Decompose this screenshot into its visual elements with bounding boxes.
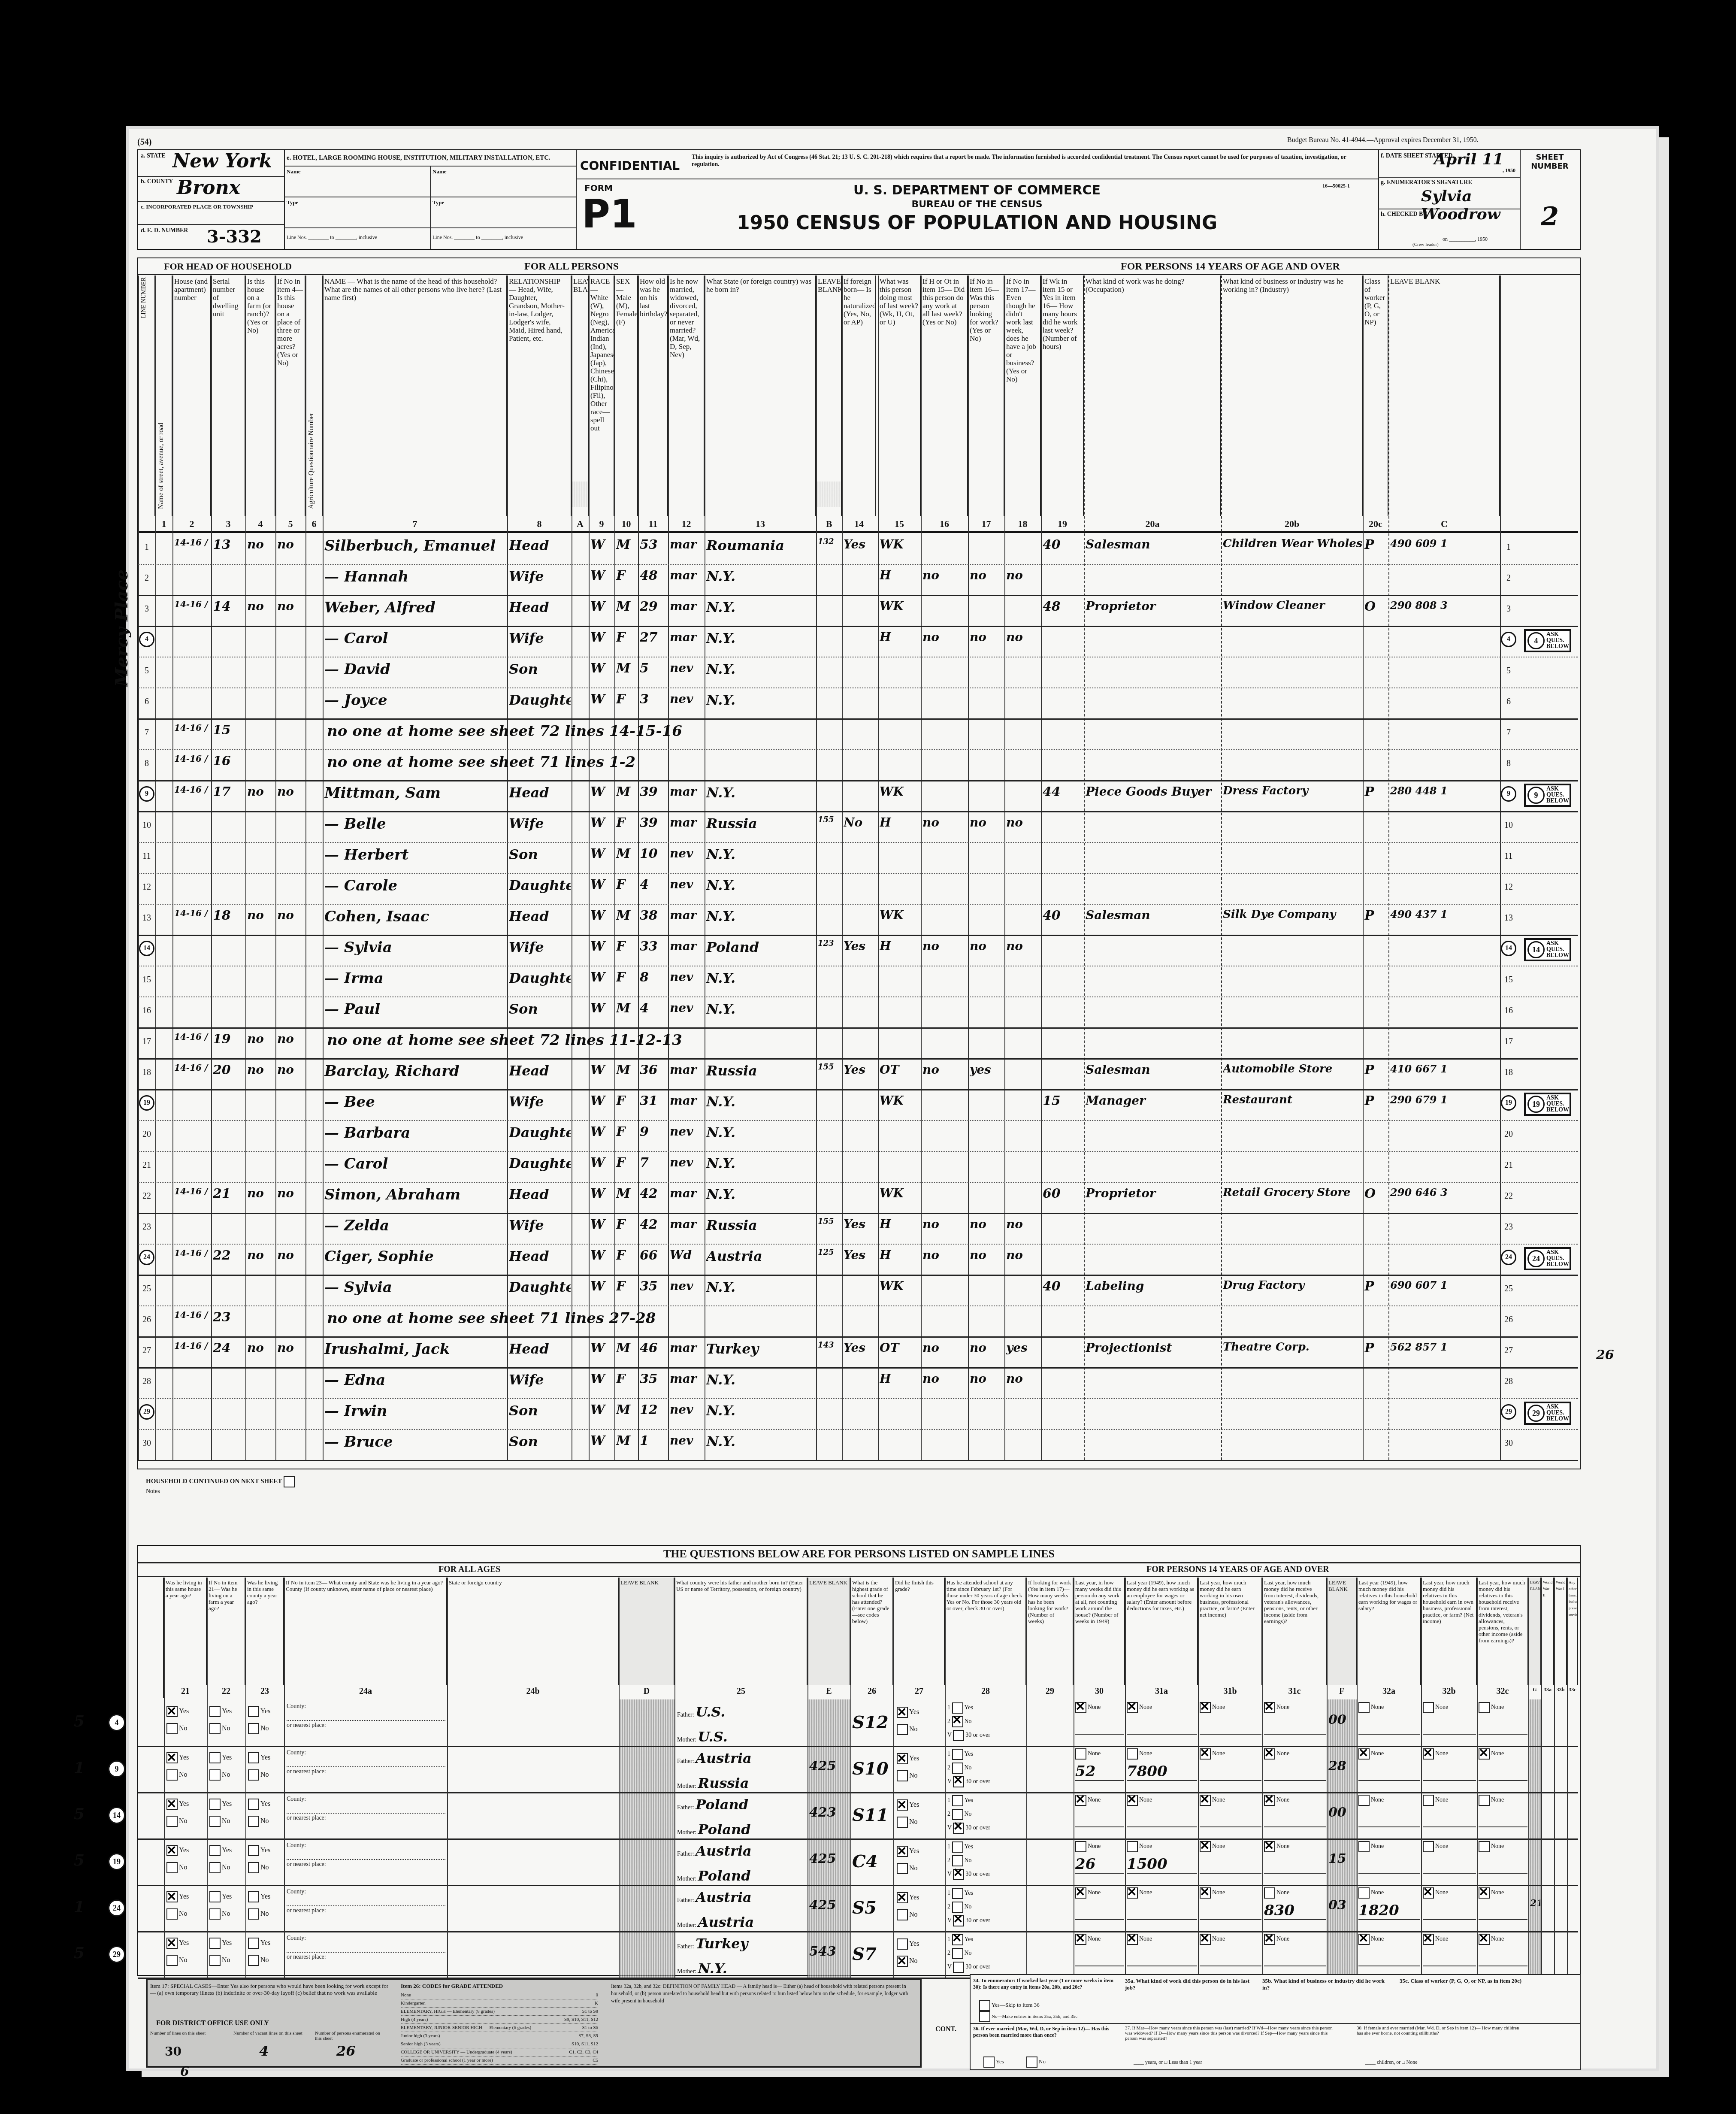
attended-school[interactable]: 1 Yes2 NoV 30 or over — [947, 1933, 990, 1974]
no-checkbox[interactable] — [166, 1816, 178, 1827]
no-checkbox[interactable] — [248, 1769, 259, 1781]
none-checkbox[interactable] — [1200, 1887, 1211, 1899]
amount-field-32c[interactable]: None — [1479, 1795, 1527, 1827]
checked-by-date: on __________, 1950 — [1443, 236, 1488, 242]
table-row[interactable]: 2828— EdnaWifeWF35marN.Y.Hnonono — [138, 1367, 1578, 1399]
school-yes-checkbox[interactable] — [952, 1888, 963, 1899]
none-checkbox[interactable] — [1127, 1748, 1138, 1760]
yes-no-checkbox-21[interactable]: YesNo — [166, 1703, 206, 1737]
amount-value — [1423, 1948, 1476, 1966]
parents-birthplace[interactable]: Father: TurkeyMother: N.Y. — [677, 1933, 806, 1983]
amount-field-32c[interactable]: None — [1479, 1887, 1527, 1920]
q34-yes[interactable]: Yes—Skip to item 36 — [979, 2000, 1040, 2011]
finished-no-checkbox[interactable] — [897, 1863, 908, 1874]
no-checkbox[interactable] — [248, 1816, 259, 1827]
cell-q17: no — [970, 1217, 1004, 1231]
amount-field-32a[interactable]: None — [1358, 1702, 1420, 1735]
none-checkbox[interactable] — [1358, 1887, 1370, 1899]
sample-row[interactable]: 529YesNoYesNoYesNoCounty:or nearest plac… — [138, 1931, 1578, 1979]
parents-birthplace[interactable]: Father: AustriaMother: Poland — [677, 1840, 806, 1890]
table-row[interactable]: 181814-16 / 1920nonoBarclay, RichardHead… — [138, 1058, 1578, 1090]
school-no-checkbox[interactable] — [952, 1716, 963, 1727]
amount-field-31c[interactable]: None — [1264, 1702, 1326, 1735]
column-header-text: How old was he on his last birthday? — [640, 277, 665, 318]
page-code: (54) — [137, 137, 151, 147]
none-checkbox[interactable] — [1358, 1841, 1370, 1852]
yes-checkbox[interactable] — [166, 1845, 178, 1856]
none-checkbox[interactable] — [1264, 1795, 1275, 1806]
table-row[interactable]: 131314-16 / 1718nonoCohen, IsaacHeadWM38… — [138, 904, 1578, 936]
yes-checkbox[interactable] — [209, 1891, 221, 1902]
none-checkbox[interactable] — [1358, 1702, 1370, 1713]
none-checkbox[interactable] — [1264, 1887, 1275, 1899]
county-field[interactable]: County:or nearest place: — [287, 1887, 445, 1916]
none-checkbox[interactable] — [1479, 1795, 1490, 1806]
attended-school[interactable]: 1 Yes2 NoV 30 or over — [947, 1701, 990, 1742]
sample-cell-e: 543 — [809, 1944, 850, 1959]
none-checkbox[interactable] — [1075, 1748, 1086, 1760]
yes-checkbox[interactable] — [166, 1891, 178, 1902]
cell-occ: Piece Goods Buyer — [1086, 784, 1220, 799]
finished-grade[interactable]: YesNo — [897, 1750, 919, 1784]
county-field[interactable]: County:or nearest place: — [287, 1702, 445, 1730]
amount-field-32a[interactable]: None — [1358, 1841, 1420, 1874]
cell-house: 14-16 / 23 — [174, 1341, 210, 1351]
cell-mar: mar — [670, 568, 704, 582]
cell-birth: N.Y. — [706, 1372, 815, 1388]
yes-checkbox[interactable] — [248, 1706, 259, 1717]
finished-no-checkbox[interactable] — [897, 1724, 908, 1735]
yes-checkbox[interactable] — [209, 1938, 221, 1949]
amount-field-30[interactable]: None — [1075, 1795, 1124, 1827]
none-checkbox[interactable] — [1200, 1795, 1211, 1806]
attended-school[interactable]: 1 Yes2 NoV 30 or over — [947, 1794, 990, 1835]
table-row[interactable]: 3030— BruceSonWM1nevN.Y. — [138, 1429, 1578, 1461]
table-row[interactable]: 2020— BarbaraDaughterWF9nevN.Y. — [138, 1120, 1578, 1152]
no-checkbox[interactable] — [166, 1769, 178, 1781]
q37-text: 37. If Mar—How many years since this per… — [1125, 2026, 1340, 2041]
none-checkbox[interactable] — [1479, 1887, 1490, 1899]
finished-no-checkbox[interactable] — [897, 1956, 908, 1967]
finished-no-checkbox[interactable] — [897, 1770, 908, 1781]
none-checkbox[interactable] — [1358, 1795, 1370, 1806]
q37-answer[interactable]: ____ years, or □ Less than 1 year — [1134, 2059, 1202, 2066]
cell-cls: P — [1364, 537, 1388, 552]
amount-field-32c[interactable]: None — [1479, 1934, 1527, 1966]
table-row[interactable]: 1010— BelleWifeWF39marRussia155NoHnonono — [138, 811, 1578, 843]
table-row[interactable]: 2525— SylviaDaughterWF35nevN.Y.WK40Label… — [138, 1275, 1578, 1306]
table-row[interactable]: 1616— PaulSonWM4nevN.Y. — [138, 996, 1578, 1029]
cell-rel: Daughter — [509, 1279, 571, 1295]
school-no-checkbox[interactable] — [952, 1948, 963, 1959]
yes-no-checkbox-22[interactable]: YesNo — [209, 1703, 245, 1737]
sample-row[interactable]: 19YesNoYesNoYesNoCounty:or nearest place… — [138, 1746, 1578, 1793]
amount-field-32c[interactable]: None — [1479, 1841, 1527, 1874]
amount-field-31a[interactable]: None — [1127, 1887, 1197, 1920]
sample-grid-line — [1541, 1578, 1542, 1978]
cell-sex: F — [616, 692, 637, 707]
q36-yes[interactable]: Yes — [983, 2056, 1004, 2068]
table-row[interactable]: 44— CarolWifeWF27marN.Y.Hnonono — [138, 626, 1578, 657]
yes-checkbox[interactable] — [248, 1845, 259, 1856]
attended-school[interactable]: 1 Yes2 NoV 30 or over — [947, 1748, 990, 1789]
none-checkbox[interactable] — [1423, 1795, 1434, 1806]
no-checkbox[interactable] — [166, 1955, 178, 1966]
none-checkbox[interactable] — [1479, 1841, 1490, 1852]
school-yes-checkbox[interactable] — [952, 1702, 963, 1714]
cell-race: W — [590, 815, 614, 830]
amount-field-32b[interactable]: None — [1423, 1934, 1476, 1966]
cell-name: — Bee — [324, 1093, 506, 1111]
cell-farm: no — [247, 908, 275, 922]
yes-no-checkbox-23[interactable]: YesNo — [248, 1703, 283, 1737]
table-row[interactable]: 262614-16 / 2223no one at home see sheet… — [138, 1305, 1578, 1338]
table-row[interactable]: 55— DavidSonWM5nevN.Y. — [138, 657, 1578, 688]
none-checkbox[interactable] — [1423, 1702, 1434, 1713]
school-no-checkbox[interactable] — [952, 1809, 963, 1820]
finished-grade[interactable]: YesNo — [897, 1935, 919, 1970]
none-checkbox[interactable] — [1200, 1841, 1211, 1852]
table-row[interactable]: 171714-16 / 1819nonono one at home see s… — [138, 1027, 1578, 1060]
yes-no-checkbox-22[interactable]: YesNo — [209, 1888, 245, 1923]
none-checkbox[interactable] — [1127, 1887, 1138, 1899]
amount-field-30[interactable]: None — [1075, 1887, 1124, 1920]
yes-no-checkbox-22[interactable]: YesNo — [209, 1749, 245, 1784]
none-checkbox[interactable] — [1127, 1795, 1138, 1806]
grade-code-item: KindergartenK — [401, 1999, 598, 2008]
cell-age: 39 — [640, 784, 667, 800]
amount-field-31a[interactable]: None — [1127, 1934, 1197, 1966]
none-checkbox[interactable] — [1423, 1748, 1434, 1760]
yes-no-checkbox-22[interactable]: YesNo — [209, 1796, 245, 1830]
amount-field-32a[interactable]: None — [1358, 1748, 1420, 1781]
none-checkbox[interactable] — [1423, 1887, 1434, 1899]
table-row[interactable]: 22— HannahWifeWF48marN.Y.Hnonono — [138, 564, 1578, 596]
cell-occ: Salesman — [1086, 908, 1220, 922]
amount-field-32a[interactable]: None1820 — [1358, 1887, 1420, 1920]
no-checkbox[interactable] — [248, 1955, 259, 1966]
amount-field-30[interactable]: None — [1075, 1934, 1124, 1966]
cell-acres: no — [277, 1341, 305, 1355]
none-checkbox[interactable] — [1264, 1702, 1275, 1713]
sample-header-text: LEAVE BLANK — [809, 1579, 848, 1586]
school-30-over-checkbox[interactable] — [953, 1915, 964, 1926]
no-checkbox[interactable] — [209, 1816, 221, 1827]
q38-answer[interactable]: ____ children, or □ None — [1365, 2059, 1418, 2066]
none-checkbox[interactable] — [1127, 1841, 1138, 1852]
no-checkbox[interactable] — [209, 1908, 221, 1920]
finished-yes-checkbox[interactable] — [897, 1846, 908, 1857]
yes-no-checkbox-21[interactable]: YesNo — [166, 1749, 206, 1784]
amount-field-32c[interactable]: None — [1479, 1702, 1527, 1735]
yes-checkbox[interactable] — [248, 1752, 259, 1763]
table-row[interactable]: 2323— ZeldaWifeWF42marRussia155YesHnonon… — [138, 1213, 1578, 1245]
amount-field-31c[interactable]: None — [1264, 1934, 1326, 1966]
cell-acres: no — [277, 1248, 305, 1262]
sheet-number[interactable]: 2 — [1521, 202, 1579, 232]
yes-checkbox[interactable] — [209, 1706, 221, 1717]
cell-mar: mar — [670, 1063, 704, 1077]
table-row[interactable]: 7714-16 / 1415no one at home see sheet 7… — [138, 718, 1578, 750]
ed-number[interactable]: 3-332 — [207, 227, 262, 247]
school-no-checkbox[interactable] — [952, 1763, 963, 1774]
no-checkbox[interactable] — [166, 1908, 178, 1920]
no-checkbox[interactable] — [209, 1723, 221, 1734]
yes-no-checkbox-21[interactable]: YesNo — [166, 1796, 206, 1830]
school-no-checkbox[interactable] — [952, 1902, 963, 1913]
amount-field-31b[interactable]: None — [1200, 1841, 1261, 1874]
amount-field-30[interactable]: None52 — [1075, 1748, 1124, 1781]
amount-field-31a[interactable]: None7800 — [1127, 1748, 1197, 1781]
finished-yes-checkbox[interactable] — [897, 1753, 908, 1764]
amount-field-31a[interactable]: None — [1127, 1702, 1197, 1735]
amount-field-30[interactable]: None26 — [1075, 1841, 1124, 1874]
none-checkbox[interactable] — [1423, 1841, 1434, 1852]
yes-checkbox[interactable] — [248, 1938, 259, 1949]
no-checkbox[interactable] — [209, 1769, 221, 1781]
sample-column-number: 32a — [1357, 1687, 1421, 1696]
none-checkbox[interactable] — [1075, 1887, 1086, 1899]
attended-school[interactable]: 1 Yes2 NoV 30 or over — [947, 1887, 990, 1928]
none-checkbox[interactable] — [1358, 1934, 1370, 1945]
amount-field-32b[interactable]: None — [1423, 1841, 1476, 1874]
amount-field-31a[interactable]: None — [1127, 1795, 1197, 1827]
none-checkbox[interactable] — [1127, 1702, 1138, 1713]
yes-no-checkbox-23[interactable]: YesNo — [248, 1888, 283, 1923]
amount-field-32a[interactable]: None — [1358, 1795, 1420, 1827]
school-30-over-checkbox[interactable] — [953, 1823, 964, 1834]
finished-grade[interactable]: YesNo — [897, 1843, 919, 1877]
no-checkbox[interactable] — [248, 1862, 259, 1873]
continued-checkbox[interactable] — [284, 1476, 295, 1487]
county-value[interactable]: Bronx — [177, 177, 240, 199]
none-checkbox[interactable] — [1127, 1934, 1138, 1945]
cell-rel: Wife — [509, 1372, 571, 1388]
no-checkbox[interactable] — [166, 1862, 178, 1873]
amount-field-32b[interactable]: None — [1423, 1702, 1476, 1735]
county-field[interactable]: County:or nearest place: — [287, 1795, 445, 1823]
amount-field-30[interactable]: None — [1075, 1702, 1124, 1735]
none-checkbox[interactable] — [1200, 1934, 1211, 1945]
yes-checkbox[interactable] — [166, 1799, 178, 1810]
table-row[interactable]: 272714-16 / 2324nonoIrushalmi, JackHeadW… — [138, 1336, 1578, 1369]
persons-enumerated-value[interactable]: 26 — [336, 2043, 356, 2059]
finished-yes-checkbox[interactable] — [897, 1938, 908, 1950]
county-field[interactable]: County:or nearest place: — [287, 1748, 445, 1777]
attended-school[interactable]: 1 Yes2 NoV 30 or over — [947, 1840, 990, 1881]
column-header-20c: Class of worker (P, G, O, or NP) — [1363, 276, 1388, 516]
yes-no-checkbox-21[interactable]: YesNo — [166, 1935, 206, 1969]
sample-row[interactable]: 54YesNoYesNoYesNoCounty:or nearest place… — [138, 1699, 1578, 1747]
no-checkbox[interactable] — [209, 1955, 221, 1966]
amount-field-31b[interactable]: None — [1200, 1795, 1261, 1827]
none-checkbox[interactable] — [1479, 1748, 1490, 1760]
yes-checkbox[interactable] — [209, 1752, 221, 1763]
table-row[interactable]: 1414— SylviaWifeWF33marPoland123YesHnono… — [138, 935, 1578, 966]
cell-mar: nev — [670, 1001, 704, 1015]
school-30-over-checkbox[interactable] — [953, 1962, 964, 1973]
table-row[interactable]: 1111— HerbertSonWM10nevN.Y. — [138, 842, 1578, 874]
table-row[interactable]: 2121— CarolDaughterWF7nevN.Y. — [138, 1151, 1578, 1183]
finished-yes-checkbox[interactable] — [897, 1799, 908, 1811]
cell-rel: Son — [509, 1433, 571, 1450]
table-row[interactable]: 222214-16 / 2021nonoSimon, AbrahamHeadWM… — [138, 1182, 1578, 1214]
yes-checkbox[interactable] — [209, 1799, 221, 1810]
cell-name: — Sylvia — [324, 939, 506, 956]
yes-no-checkbox-22[interactable]: YesNo — [209, 1842, 245, 1876]
no-checkbox[interactable] — [166, 1723, 178, 1734]
sample-cell-grade: S7 — [852, 1944, 892, 1964]
school-30-over-checkbox[interactable] — [953, 1730, 964, 1741]
amount-field-31c[interactable]: None — [1264, 1748, 1326, 1781]
none-checkbox[interactable] — [1075, 1841, 1086, 1852]
school-yes-checkbox[interactable] — [952, 1841, 963, 1853]
table-row[interactable]: 3314-16 / 1314nonoWeber, AlfredHeadWM29m… — [138, 595, 1578, 627]
none-checkbox[interactable] — [1479, 1702, 1490, 1713]
none-checkbox[interactable] — [1264, 1748, 1275, 1760]
cell-acres: no — [277, 1063, 305, 1077]
column-header-text: NAME — What is the name of the head of t… — [324, 277, 505, 302]
sample-column-number: 32c — [1477, 1687, 1528, 1696]
yes-no-checkbox-23[interactable]: YesNo — [248, 1796, 283, 1830]
yes-checkbox[interactable] — [166, 1752, 178, 1763]
vacant-lines-value[interactable]: 4 — [259, 2043, 269, 2059]
sample-row[interactable]: 514YesNoYesNoYesNoCounty:or nearest plac… — [138, 1792, 1578, 1840]
table-row[interactable]: 242414-16 / 2122nonoCiger, SophieHeadWF6… — [138, 1244, 1578, 1276]
sample-header-24b: State or foreign country — [447, 1578, 619, 1685]
finished-no-checkbox[interactable] — [897, 1817, 908, 1828]
school-30-over-checkbox[interactable] — [953, 1869, 964, 1880]
column-header-12: Is he now married, widowed, divorced, se… — [668, 276, 705, 516]
column-header-20a: What kind of work was he doing? (Occupat… — [1084, 276, 1221, 516]
amount-field-32b[interactable]: None — [1423, 1887, 1476, 1920]
cell-b: 155 — [818, 1063, 841, 1072]
line-number: 6 — [139, 697, 154, 707]
father-birthplace: U.S. — [696, 1704, 725, 1720]
finished-grade[interactable]: YesNo — [897, 1704, 919, 1738]
amount-field-31b[interactable]: None — [1200, 1748, 1261, 1781]
sample-row[interactable]: 519YesNoYesNoYesNoCounty:or nearest plac… — [138, 1838, 1578, 1886]
continued-label: HOUSEHOLD CONTINUED ON NEXT SHEET — [146, 1478, 282, 1485]
column-header-15: What was this person doing most of last … — [878, 276, 921, 516]
school-yes-checkbox[interactable] — [952, 1795, 963, 1806]
table-row[interactable]: 1919— BeeWifeWF31marN.Y.WK15ManagerResta… — [138, 1089, 1578, 1121]
yes-checkbox[interactable] — [166, 1706, 178, 1717]
table-row[interactable]: 1515— IrmaDaughterWF8nevN.Y. — [138, 966, 1578, 997]
amount-field-31c[interactable]: None830 — [1264, 1887, 1326, 1920]
finished-grade[interactable]: YesNo — [897, 1796, 919, 1831]
none-checkbox[interactable] — [1423, 1934, 1434, 1945]
cell-race: W — [590, 1155, 614, 1170]
yes-checkbox[interactable] — [248, 1891, 259, 1902]
column-header-text: If No in item 16— Was this person lookin… — [970, 277, 1002, 342]
school-30-over-checkbox[interactable] — [953, 1776, 964, 1787]
none-checkbox[interactable] — [1200, 1702, 1211, 1713]
yes-no-checkbox-21[interactable]: YesNo — [166, 1842, 206, 1876]
none-checkbox[interactable] — [1264, 1934, 1275, 1945]
amount-value: 1820 — [1358, 1902, 1420, 1920]
yes-checkbox[interactable] — [209, 1845, 221, 1856]
enumerator-signature[interactable]: Sylvia Woodrow — [1421, 187, 1520, 223]
cell-b: 132 — [818, 537, 841, 546]
parents-birthplace[interactable]: Father: U.S.Mother: U.S. — [677, 1701, 806, 1751]
q36-no[interactable]: No — [1026, 2056, 1046, 2068]
table-row[interactable]: 9914-16 / 1617nonoMittman, SamHeadWM39ma… — [138, 780, 1578, 812]
none-checkbox[interactable] — [1200, 1748, 1211, 1760]
table-row[interactable]: 1114-16 / 1213nonoSilberbuch, EmanuelHea… — [138, 533, 1578, 565]
finished-grade[interactable]: YesNo — [897, 1889, 919, 1923]
table-row[interactable]: 2929— IrwinSonWM12nevN.Y. — [138, 1398, 1578, 1430]
amount-field-32b[interactable]: None — [1423, 1748, 1476, 1781]
cell-acres: no — [277, 908, 305, 922]
yes-checkbox[interactable] — [248, 1799, 259, 1810]
cell-age: 4 — [640, 877, 667, 892]
amount-field-32b[interactable]: None — [1423, 1795, 1476, 1827]
yes-no-checkbox-23[interactable]: YesNo — [248, 1935, 283, 1969]
none-checkbox[interactable] — [1358, 1748, 1370, 1760]
q34-no[interactable]: No—Make entries in items 35a, 35b, and 3… — [979, 2011, 1077, 2022]
amount-field-31b[interactable]: None — [1200, 1702, 1261, 1735]
yes-no-checkbox-22[interactable]: YesNo — [209, 1935, 245, 1969]
none-checkbox[interactable] — [1075, 1795, 1086, 1806]
sample-line-marker: 24 — [139, 1250, 154, 1265]
none-checkbox[interactable] — [1264, 1841, 1275, 1852]
amount-field-31b[interactable]: None — [1200, 1887, 1261, 1920]
table-row[interactable]: 8814-16 / 1516no one at home see sheet 7… — [138, 749, 1578, 781]
county-field[interactable]: County:or nearest place: — [287, 1934, 445, 1962]
state-value[interactable]: New York — [172, 150, 272, 172]
table-row[interactable]: 66— JoyceDaughterWF3nevN.Y. — [138, 688, 1578, 720]
yes-checkbox[interactable] — [166, 1938, 178, 1949]
cell-birth: N.Y. — [706, 568, 815, 585]
table-row[interactable]: 1212— CaroleDaughterWF4nevN.Y. — [138, 873, 1578, 905]
parents-birthplace[interactable]: Father: AustriaMother: Austria — [677, 1887, 806, 1936]
yes-no-checkbox-23[interactable]: YesNo — [248, 1749, 283, 1784]
none-checkbox[interactable] — [1075, 1702, 1086, 1713]
amount-field-31c[interactable]: None — [1264, 1841, 1326, 1874]
amount-field-31b[interactable]: None — [1200, 1934, 1261, 1966]
amount-field-32c[interactable]: None — [1479, 1748, 1527, 1781]
amount-field-31a[interactable]: None1500 — [1127, 1841, 1197, 1874]
county-field[interactable]: County:or nearest place: — [287, 1841, 445, 1869]
amount-field-31c[interactable]: None — [1264, 1795, 1326, 1827]
lines-on-sheet-value[interactable]: 30 — [165, 2044, 181, 2059]
no-checkbox[interactable] — [209, 1862, 221, 1873]
parents-birthplace[interactable]: Father: PolandMother: Poland — [677, 1794, 806, 1844]
school-yes-checkbox[interactable] — [952, 1934, 963, 1945]
no-checkbox[interactable] — [248, 1908, 259, 1920]
none-checkbox[interactable] — [1075, 1934, 1086, 1945]
no-checkbox[interactable] — [248, 1723, 259, 1734]
yes-no-checkbox-23[interactable]: YesNo — [248, 1842, 283, 1876]
school-no-checkbox[interactable] — [952, 1855, 963, 1866]
parents-birthplace[interactable]: Father: AustriaMother: Russia — [677, 1748, 806, 1797]
sample-column-number: 26 — [850, 1687, 893, 1696]
finished-yes-checkbox[interactable] — [897, 1892, 908, 1903]
none-checkbox[interactable] — [1479, 1934, 1490, 1945]
sample-row[interactable]: 124YesNoYesNoYesNoCounty:or nearest plac… — [138, 1885, 1578, 1932]
ask-questions-below-marker: 14ASK QUES. BELOW — [1524, 938, 1571, 961]
cell-sex: M — [616, 846, 637, 861]
yes-no-checkbox-21[interactable]: YesNo — [166, 1888, 206, 1923]
column-header-text: Serial number of dwelling unit — [213, 277, 243, 318]
school-yes-checkbox[interactable] — [952, 1749, 963, 1760]
finished-no-checkbox[interactable] — [897, 1909, 908, 1920]
sample-header-text: Last year (1949), how much money did his… — [1358, 1579, 1418, 1611]
date-value[interactable]: April 11 — [1434, 150, 1503, 168]
finished-yes-checkbox[interactable] — [897, 1707, 908, 1718]
amount-field-32a[interactable]: None — [1358, 1934, 1420, 1966]
